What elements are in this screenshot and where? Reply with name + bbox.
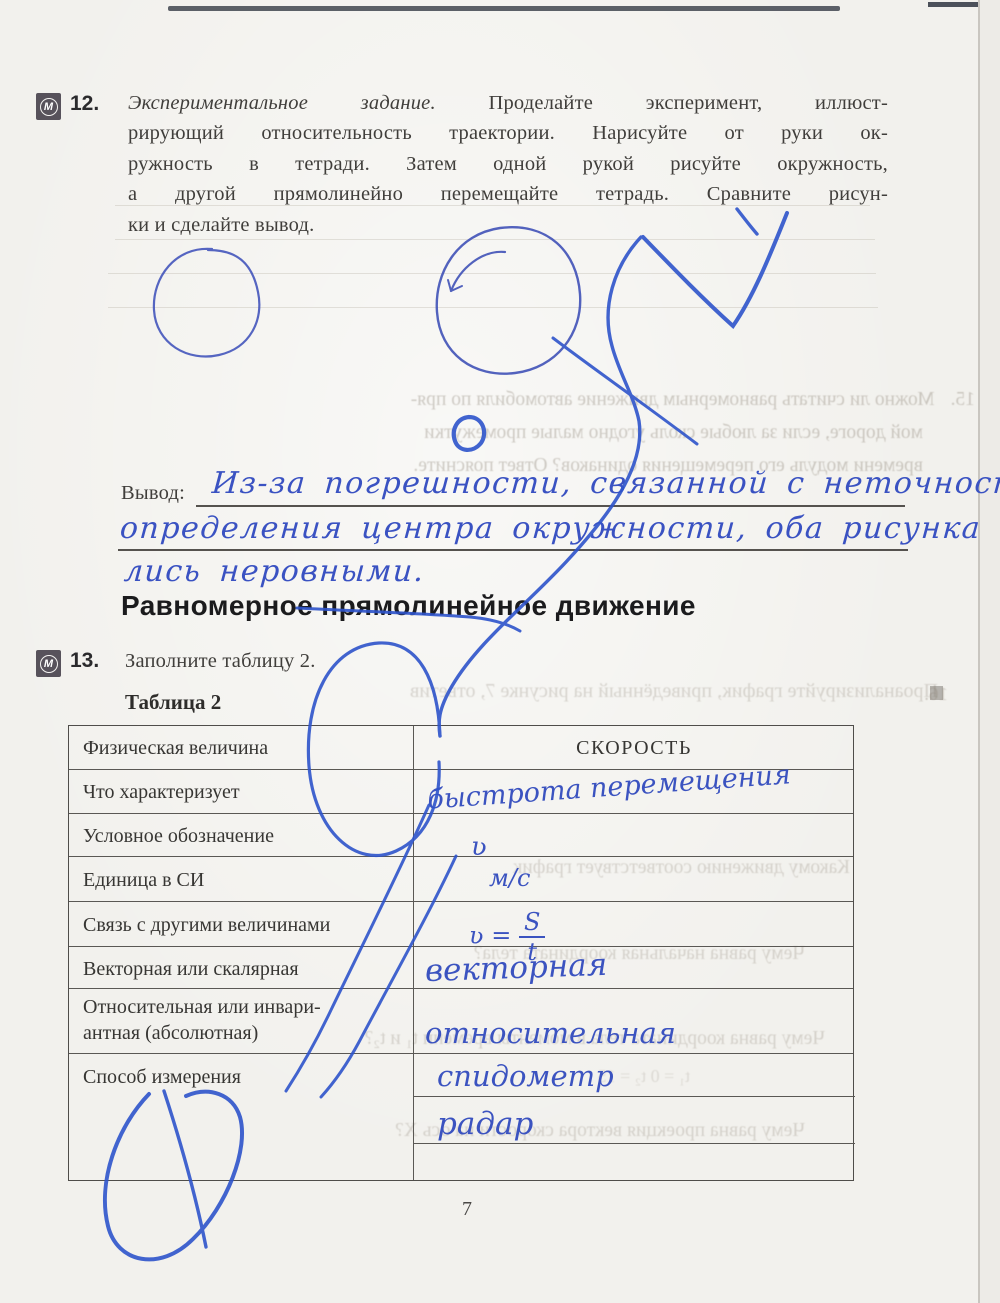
answer-handwriting: ʋ xyxy=(471,832,487,862)
bleed-rule-line xyxy=(108,307,878,308)
inner-arc-arrowhead xyxy=(448,280,462,291)
hand-drawn-circle-left xyxy=(154,249,259,357)
task12-text: Экспериментальное задание. Проделайте эк… xyxy=(128,88,888,240)
row-label: Единица в СИ xyxy=(83,867,204,893)
row-label: Векторная или скалярная xyxy=(83,956,299,982)
table-line xyxy=(69,988,853,989)
table-line xyxy=(69,946,853,947)
row-label: Способ измерения xyxy=(83,1064,241,1090)
hand-drawn-circle-right xyxy=(437,227,580,373)
methodical-marker-icon: М xyxy=(36,93,61,120)
table-column-divider xyxy=(413,726,414,1180)
answer-handwriting: м/с xyxy=(489,864,530,892)
table-subline xyxy=(413,1143,855,1144)
answer-handwriting: радар xyxy=(437,1106,533,1142)
table-line xyxy=(69,856,853,857)
section-heading: Равномерное прямолинейное движение xyxy=(121,590,696,622)
page-edge-line xyxy=(978,0,980,1303)
workbook-page: 15.Можно ли считать равномерным движение… xyxy=(0,0,1000,1303)
page-edge-strip xyxy=(980,0,1000,1303)
answer-handwriting: относительная xyxy=(425,1016,676,1050)
answer-handwriting: спидометр xyxy=(437,1059,614,1093)
methodical-marker-icon: М xyxy=(36,650,61,677)
row-label: Что характеризует xyxy=(83,779,240,805)
answer-handwriting: быстрота перемещения xyxy=(426,759,791,815)
answer-line xyxy=(196,505,905,507)
table-subline xyxy=(413,1096,855,1097)
conclusion-label: Вывод: xyxy=(121,478,185,508)
task13-text: Заполните таблицу 2. xyxy=(125,646,316,676)
table-line xyxy=(69,901,853,902)
table-header-left: Физическая величина xyxy=(83,735,268,761)
table-line xyxy=(69,1053,853,1054)
conclusion-handwriting-2: определения центра окружности, оба рисун… xyxy=(119,511,1000,546)
scan-top-edge xyxy=(168,6,840,11)
bleedthrough-task16-number: 16. xyxy=(898,684,948,706)
bleed-rule-line xyxy=(108,273,876,274)
row-label: Относительная или инвари- антная (абсолю… xyxy=(83,994,321,1046)
table-caption: Таблица 2 xyxy=(125,690,221,715)
answer-handwriting: векторная xyxy=(424,947,607,989)
table-header-right: СКОРОСТЬ xyxy=(413,735,855,761)
conclusion-handwriting-1: Из-за погрешности, связанной с неточност… xyxy=(211,466,1000,501)
page-number: 7 xyxy=(462,1198,472,1221)
conclusion-handwriting-3: лись неровными. xyxy=(123,554,426,589)
task12-number: 12. xyxy=(70,92,99,116)
row-label: Условное обозначение xyxy=(83,823,274,849)
task12-italic-intro: Экспериментальное задание. xyxy=(128,92,436,114)
row-label: Связь с другими величинами xyxy=(83,912,330,938)
task13-number: 13. xyxy=(70,649,99,673)
answer-line xyxy=(118,549,908,551)
inner-arc xyxy=(451,252,505,291)
table-2: Физическая величина СКОРОСТЬ Что характе… xyxy=(68,725,854,1181)
